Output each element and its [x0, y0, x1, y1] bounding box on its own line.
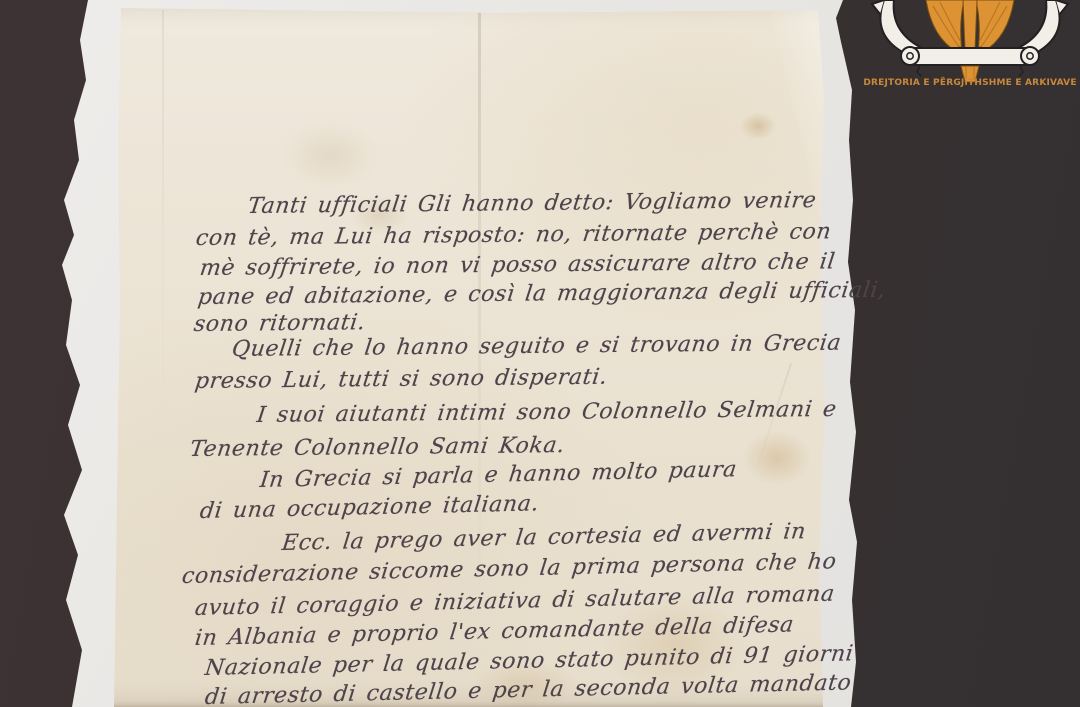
letter-line: presso Lui, tutti si sono disperati.	[193, 365, 609, 394]
letter-text: Tanti ufficiali Gli hanno detto: Vogliam…	[0, 0, 1080, 707]
archive-photo-background: Tanti ufficiali Gli hanno detto: Vogliam…	[0, 0, 1080, 707]
letter-line: I suoi aiutanti intimi sono Colonnello S…	[255, 397, 838, 428]
letter-line: In Grecia si parla e hanno molto paura	[259, 457, 739, 493]
archives-emblem: DREJTORIA E PËRGJITHSHME E ARKIVAVE	[860, 0, 1080, 104]
letter-line: Ecc. la prego aver la cortesia ed avermi…	[281, 519, 808, 556]
letter-line: Quelli che lo hanno seguito e si trovano…	[230, 331, 842, 362]
letter-line: di una occupazione italiana.	[199, 491, 541, 524]
letter-line: mè soffrirete, io non vi posso assicurar…	[198, 249, 836, 281]
letter-line: Tenente Colonnello Sami Koka.	[188, 433, 566, 462]
letter-line: sono ritornati.	[192, 310, 367, 337]
letter-line: con tè, ma Lui ha risposto: no, ritornat…	[194, 219, 832, 251]
emblem-caption: DREJTORIA E PËRGJITHSHME E ARKIVAVE	[860, 78, 1080, 88]
letter-line: Tanti ufficiali Gli hanno detto: Vogliam…	[246, 188, 818, 219]
letter-line: pane ed abitazione, e così la maggioranz…	[196, 278, 887, 310]
